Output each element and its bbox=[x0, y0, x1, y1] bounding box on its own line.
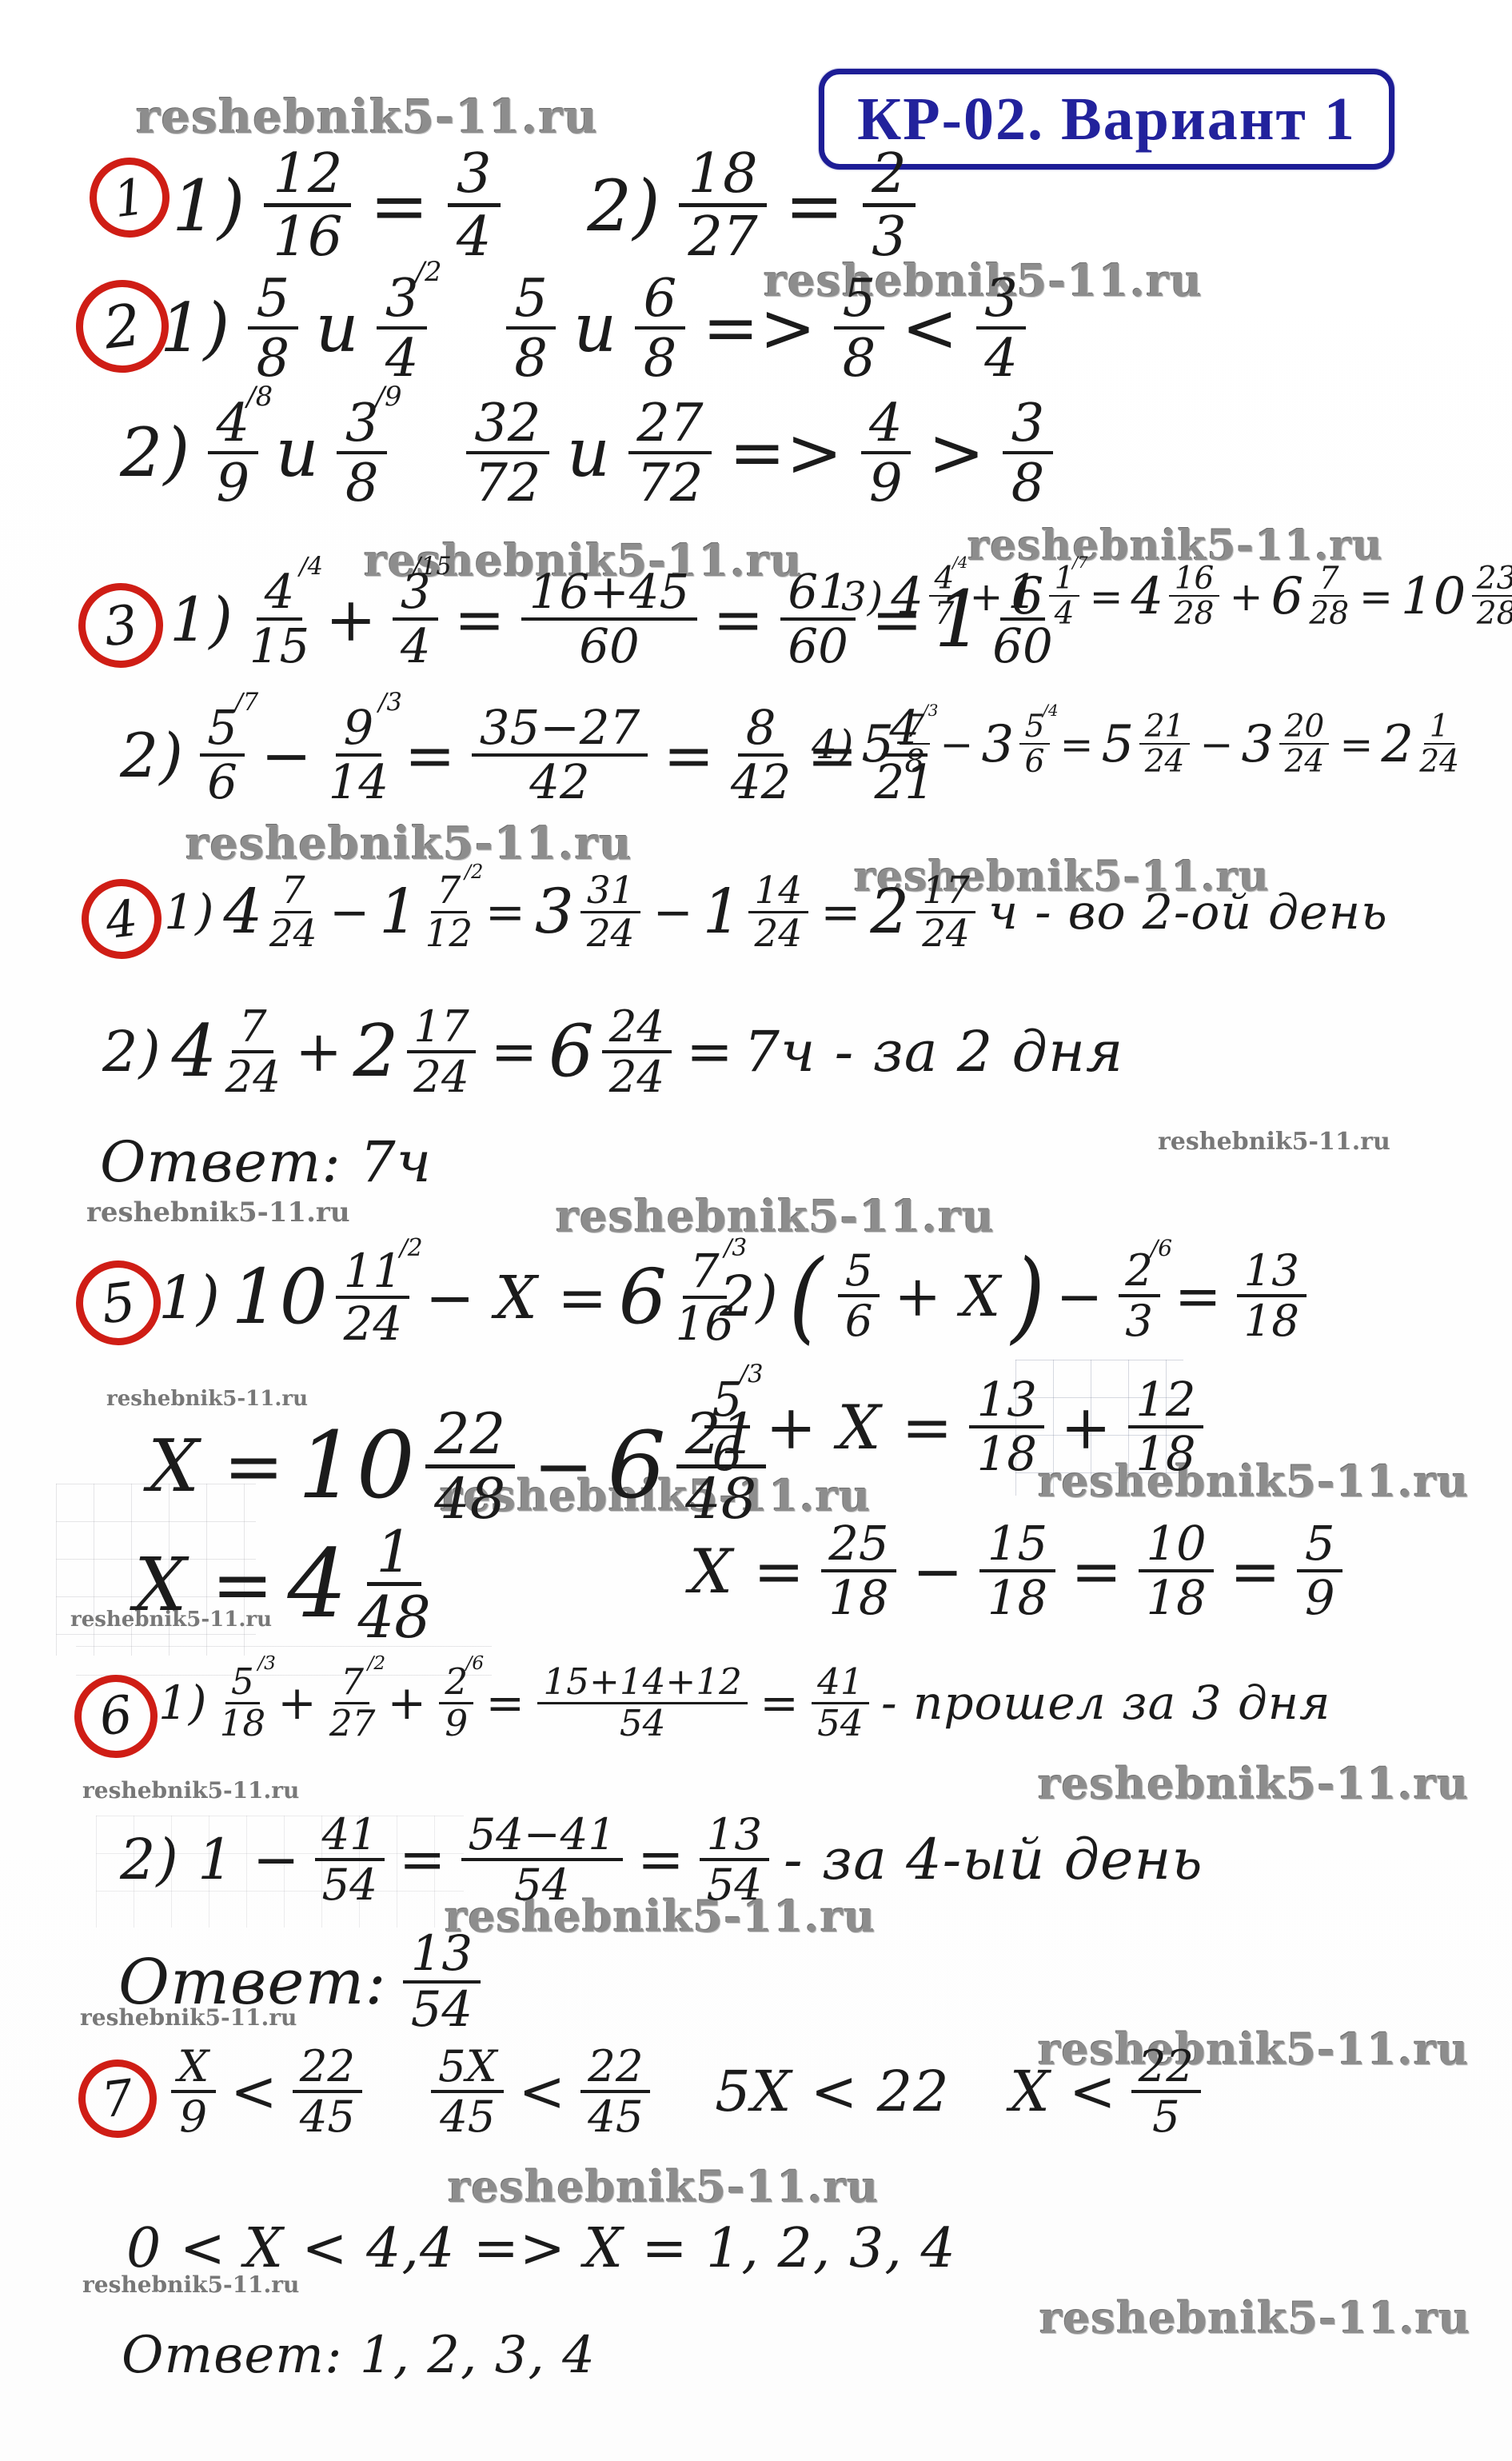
mixed-number-whole: 10 bbox=[1401, 571, 1466, 622]
fraction-denominator: 24 bbox=[413, 1053, 469, 1098]
mixed-number: 11424 bbox=[703, 873, 812, 952]
fraction-numerator: 54−41 bbox=[461, 1814, 623, 1861]
math-text: и bbox=[573, 289, 617, 367]
math-text: 1) bbox=[172, 165, 245, 247]
fraction: 49∕8 bbox=[208, 398, 258, 508]
fraction: 415∕4 bbox=[249, 569, 309, 669]
mixed-number: 1712∕2 bbox=[379, 873, 477, 952]
math-text: = bbox=[785, 165, 845, 247]
fraction-denominator: 4 bbox=[984, 330, 1018, 383]
math-text: => bbox=[703, 289, 817, 367]
fraction-denominator: 8 bbox=[514, 330, 548, 383]
fraction-numerator: 5 bbox=[225, 1665, 260, 1704]
fraction: 1518 bbox=[979, 1521, 1055, 1620]
math-text: 2) bbox=[120, 413, 190, 492]
mixed-number-whole: 6 bbox=[549, 1017, 594, 1089]
fraction-denominator: 18 bbox=[1243, 1297, 1299, 1342]
fraction: 2248 bbox=[425, 1408, 515, 1525]
watermark-text: reshebnik5-11.ru bbox=[136, 90, 598, 144]
mixed-number-whole: 10 bbox=[297, 1420, 415, 1512]
fraction: 23 bbox=[863, 148, 916, 263]
fraction: 712∕2 bbox=[425, 873, 473, 952]
math-line: 1)4724−1712∕2=33124−11424=21724ч - во 2-… bbox=[164, 873, 1388, 952]
math-text: и bbox=[316, 289, 360, 367]
fraction-numerator: 12 bbox=[264, 148, 351, 207]
math-text: 5X < 22 bbox=[715, 2059, 950, 2124]
fraction-denominator: 8 bbox=[345, 454, 379, 508]
fraction-numerator: 15+14+12 bbox=[537, 1665, 748, 1704]
math-text: и bbox=[276, 413, 320, 492]
mixed-number: 101124∕2 bbox=[231, 1249, 414, 1346]
fraction-denominator: 18 bbox=[1135, 1428, 1195, 1476]
math-text: 2) bbox=[720, 1264, 779, 1329]
fraction-numerator: 13 bbox=[969, 1377, 1044, 1428]
math-text: 2) 1 − bbox=[120, 1827, 301, 1892]
fraction-denominator: 54 bbox=[707, 1861, 762, 1906]
extra-multiplier-sup: ∕8 bbox=[246, 384, 273, 410]
fraction-denominator: 15 bbox=[249, 621, 309, 669]
fraction-numerator: 10 bbox=[1139, 1521, 1214, 1572]
fraction-numerator: 31 bbox=[580, 873, 640, 913]
mixed-number: 21724 bbox=[353, 1006, 481, 1098]
math-text: = bbox=[663, 720, 715, 791]
watermark-text: reshebnik5-11.ru bbox=[82, 1777, 299, 1804]
fraction: 1216 bbox=[264, 148, 351, 263]
fraction: 49 bbox=[861, 398, 912, 508]
math-text: = bbox=[1071, 1536, 1123, 1607]
math-text: 2) bbox=[102, 1019, 162, 1085]
math-text: ) bbox=[1011, 1237, 1046, 1354]
fraction: 1124∕2 bbox=[336, 1249, 409, 1346]
fraction-numerator: 20 bbox=[1279, 712, 1329, 745]
fraction-denominator: 24 bbox=[225, 1053, 281, 1098]
fraction-denominator: 4 bbox=[401, 621, 431, 669]
problem-number-badge: 2 bbox=[70, 274, 174, 378]
fraction: 1724 bbox=[916, 873, 976, 952]
math-line: 1)58и34∕258и68=>58<34 bbox=[160, 274, 1031, 383]
fraction-denominator: 27 bbox=[329, 1704, 376, 1741]
fraction-denominator: 24 bbox=[1285, 745, 1325, 777]
mixed-number-whole: 1 bbox=[703, 882, 742, 944]
fraction-numerator: 17 bbox=[407, 1006, 477, 1053]
math-line: 56∕3+ X =1318+1218 bbox=[700, 1377, 1208, 1476]
fraction: 56∕7 bbox=[200, 705, 245, 805]
math-text: − bbox=[1056, 1264, 1104, 1329]
fraction-denominator: 9 bbox=[445, 1704, 468, 1741]
fraction: 38∕9 bbox=[337, 398, 387, 508]
math-text: и bbox=[567, 413, 611, 492]
math-line: 1)101124∕2− X =6716∕3 bbox=[158, 1249, 739, 1346]
fraction-denominator: 54 bbox=[817, 1704, 864, 1741]
fraction-denominator: 18 bbox=[220, 1704, 266, 1741]
fraction: 2518 bbox=[821, 1521, 896, 1620]
math-text: 3) bbox=[841, 573, 884, 620]
fraction-denominator: 72 bbox=[474, 454, 541, 508]
mixed-number-whole: 3 bbox=[1241, 719, 1274, 770]
fraction-numerator: 3 bbox=[1003, 398, 1053, 454]
fraction-numerator: 25 bbox=[821, 1521, 896, 1572]
fraction-numerator: 4 bbox=[861, 398, 912, 454]
fraction: 727∕2 bbox=[329, 1665, 376, 1741]
mixed-number: 356∕4 bbox=[981, 712, 1052, 777]
fraction: 54−4154 bbox=[461, 1814, 623, 1906]
fraction-denominator: 60 bbox=[788, 621, 848, 669]
fraction-denominator: 8 bbox=[1011, 454, 1045, 508]
fraction-denominator: 9 bbox=[1305, 1572, 1335, 1620]
math-text: + bbox=[295, 1019, 343, 1085]
fraction: 1827 bbox=[679, 148, 766, 263]
math-text: - за 4-ый день bbox=[784, 1827, 1203, 1892]
fraction-numerator: 22 bbox=[580, 2046, 650, 2093]
extra-multiplier-sup: ∕2 bbox=[368, 1655, 386, 1672]
fraction: 56 bbox=[838, 1250, 880, 1342]
math-text: = bbox=[712, 584, 764, 655]
watermark-text: reshebnik5-11.ru bbox=[1039, 2292, 1470, 2343]
fraction-numerator: 7 bbox=[431, 873, 467, 913]
fraction: 914∕3 bbox=[329, 705, 389, 805]
test-title: КР-02. Вариант 1 bbox=[857, 85, 1356, 154]
fraction: 124 bbox=[1419, 712, 1459, 777]
spacer bbox=[665, 2091, 705, 2092]
math-text: X = bbox=[689, 1536, 805, 1607]
mixed-number-whole: 4 bbox=[171, 1017, 217, 1089]
worksheet-page: КР-02. Вариант 1 reshebnik5-11.rureshebn… bbox=[0, 0, 1512, 2461]
fraction-denominator: 3 bbox=[872, 207, 907, 263]
math-line: Ответ: 7ч bbox=[100, 1129, 432, 1195]
mixed-number: 614∕7 bbox=[1011, 564, 1082, 629]
fraction: 59 bbox=[1297, 1521, 1342, 1620]
math-text: 2) bbox=[120, 720, 184, 791]
math-text: 1) bbox=[160, 289, 230, 367]
math-line: Ответ:1354 bbox=[118, 1932, 485, 2033]
fraction-numerator: 3 bbox=[976, 274, 1027, 330]
mixed-number-whole: 10 bbox=[231, 1260, 328, 1336]
math-text: = bbox=[1230, 1536, 1282, 1607]
mixed-number-whole: 2 bbox=[870, 882, 909, 944]
fraction-denominator: 45 bbox=[300, 2093, 355, 2138]
fraction: 225 bbox=[1131, 2046, 1201, 2138]
mixed-number-whole: 6 bbox=[619, 1260, 667, 1336]
mixed-number-whole: 3 bbox=[981, 719, 1014, 770]
fraction-denominator: 48 bbox=[434, 1468, 505, 1526]
fraction-denominator: 54 bbox=[620, 1704, 666, 1741]
fraction-denominator: 24 bbox=[269, 913, 317, 952]
extra-multiplier-sup: ∕3 bbox=[923, 703, 938, 718]
fraction: 4154 bbox=[812, 1665, 869, 1741]
fraction: 518∕3 bbox=[220, 1665, 266, 1741]
math-text: = bbox=[1175, 1264, 1223, 1329]
math-text: + X = bbox=[766, 1392, 954, 1463]
extra-multiplier-sup: ∕6 bbox=[466, 1655, 485, 1672]
fraction-denominator: 8 bbox=[843, 330, 876, 383]
fraction-denominator: 8 bbox=[904, 745, 924, 777]
fraction: 47∕4 bbox=[929, 564, 959, 629]
math-text: = bbox=[399, 1827, 447, 1892]
fraction-denominator: 45 bbox=[588, 2093, 643, 2138]
math-text: = bbox=[1359, 573, 1394, 620]
fraction-numerator: 16 bbox=[1169, 564, 1219, 597]
mixed-number: 102248 bbox=[297, 1408, 520, 1525]
spacer bbox=[445, 328, 489, 329]
fraction: 1724 bbox=[407, 1006, 477, 1098]
mixed-number: 447∕4 bbox=[891, 564, 962, 629]
math-text: X < bbox=[1010, 2059, 1117, 2124]
math-text: 2) bbox=[587, 165, 660, 247]
mixed-number-whole: 5 bbox=[1102, 719, 1135, 770]
fraction-denominator: 9 bbox=[869, 454, 903, 508]
math-text: + X bbox=[894, 1264, 1001, 1329]
fraction-numerator: 5 bbox=[248, 274, 298, 330]
problem-number-badge: 5 bbox=[71, 1256, 166, 1350]
mixed-number: 41628 bbox=[1131, 564, 1223, 629]
fraction-denominator: 54 bbox=[321, 1861, 377, 1906]
fraction-denominator: 6 bbox=[1025, 745, 1045, 777]
fraction-numerator: 22 bbox=[425, 1408, 515, 1468]
fraction-denominator: 54 bbox=[514, 1861, 569, 1906]
watermark-text: reshebnik5-11.ru bbox=[186, 817, 632, 870]
fraction-numerator: 2 bbox=[863, 148, 916, 207]
math-text: = bbox=[454, 584, 506, 655]
fraction: 724 bbox=[225, 1006, 281, 1098]
extra-multiplier-sup: ∕9 bbox=[376, 384, 402, 410]
fraction-numerator: 16+45 bbox=[521, 569, 696, 621]
fraction-denominator: 24 bbox=[609, 1053, 664, 1098]
math-text: − bbox=[329, 885, 370, 941]
extra-multiplier-sup: ∕3 bbox=[378, 692, 402, 715]
mixed-number: 2124 bbox=[1381, 712, 1462, 777]
fraction-denominator: 24 bbox=[344, 1299, 402, 1346]
problem-number-badge: 3 bbox=[74, 578, 168, 673]
fraction: 5X45 bbox=[431, 2046, 504, 2138]
fraction: 15+14+1254 bbox=[537, 1665, 748, 1741]
mixed-number-whole: 2 bbox=[1381, 719, 1414, 770]
math-text: + bbox=[970, 573, 1004, 620]
math-text: ч - во 2-ой день bbox=[988, 885, 1388, 941]
mixed-number-whole: 4 bbox=[1131, 571, 1164, 622]
fraction-numerator: 14 bbox=[748, 873, 808, 913]
fraction: 3272 bbox=[466, 398, 549, 508]
watermark-text: reshebnik5-11.ru bbox=[86, 1197, 350, 1229]
fraction-denominator: 8 bbox=[257, 330, 290, 383]
math-line: 1)518∕3+727∕2+29∕6=15+14+1254=4154- прош… bbox=[158, 1665, 1330, 1741]
math-line: 2)4724+21724=62424=7ч - за 2 дня bbox=[102, 1006, 1123, 1098]
fraction-denominator: 18 bbox=[987, 1572, 1047, 1620]
fraction: 14∕7 bbox=[1049, 564, 1079, 629]
fraction-denominator: 18 bbox=[977, 1428, 1037, 1476]
extra-multiplier-sup: ∕15 bbox=[413, 556, 452, 579]
spacer bbox=[405, 453, 449, 453]
extra-multiplier-sup: ∕4 bbox=[1043, 703, 1058, 718]
watermark-text: reshebnik5-11.ru bbox=[448, 2161, 879, 2212]
fraction: 16+4560 bbox=[521, 569, 696, 669]
fraction-numerator: 41 bbox=[812, 1665, 869, 1704]
math-text: = bbox=[369, 165, 429, 247]
fraction-denominator: 9 bbox=[217, 454, 250, 508]
math-line: 2)49∕8и38∕93272и2772=>49>38 bbox=[120, 398, 1059, 508]
fraction-numerator: 13 bbox=[700, 1814, 769, 1861]
math-text: 1) bbox=[164, 885, 215, 941]
fraction: 2328 bbox=[1472, 564, 1512, 629]
mixed-number-whole: 5 bbox=[861, 719, 894, 770]
mixed-number-whole: 2 bbox=[353, 1017, 398, 1089]
fraction: 2024 bbox=[1279, 712, 1329, 777]
math-text: => bbox=[729, 413, 844, 492]
mixed-number-whole: 6 bbox=[1271, 571, 1303, 622]
fraction-numerator: 11 bbox=[336, 1249, 409, 1299]
math-text: = bbox=[1060, 721, 1095, 768]
fraction-denominator: 24 bbox=[755, 913, 803, 952]
math-text: Ответ: 7ч bbox=[100, 1129, 432, 1195]
mixed-number-whole: 4 bbox=[891, 571, 924, 622]
fraction: 2424 bbox=[602, 1006, 672, 1098]
math-text: X = bbox=[134, 1542, 274, 1628]
extra-multiplier-sup: ∕6 bbox=[1151, 1238, 1172, 1260]
fraction-denominator: 3 bbox=[1125, 1297, 1153, 1342]
math-text: = bbox=[405, 720, 457, 791]
fraction-denominator: 6 bbox=[207, 757, 237, 805]
mixed-number-whole: 4 bbox=[287, 1537, 347, 1632]
fraction-denominator: 7 bbox=[934, 597, 954, 629]
fraction-numerator: 21 bbox=[1139, 712, 1189, 745]
mixed-number: 52124 bbox=[1102, 712, 1193, 777]
math-text: Ответ: bbox=[118, 1947, 387, 2019]
problem-number-badge: 4 bbox=[77, 874, 166, 963]
fraction-denominator: 24 bbox=[587, 913, 635, 952]
fraction: 2772 bbox=[628, 398, 712, 508]
fraction-numerator: 12 bbox=[1128, 1377, 1203, 1428]
math-text: = bbox=[637, 1827, 685, 1892]
fraction-numerator: 7 bbox=[335, 1665, 369, 1704]
fraction-denominator: 9 bbox=[179, 2093, 207, 2138]
math-text: − bbox=[652, 885, 693, 941]
fraction-numerator: 1 bbox=[367, 1524, 422, 1586]
extra-multiplier-sup: ∕2 bbox=[416, 259, 442, 285]
mixed-number-whole: 3 bbox=[535, 882, 574, 944]
problem-number-badge: 1 bbox=[85, 153, 174, 242]
math-text: + bbox=[388, 1676, 428, 1730]
math-text: = bbox=[491, 1019, 539, 1085]
fraction-denominator: 14 bbox=[329, 757, 389, 805]
fraction-numerator: 17 bbox=[916, 873, 976, 913]
fraction: 34 bbox=[976, 274, 1027, 383]
fraction-numerator: 5X bbox=[431, 2046, 504, 2093]
fraction-denominator: 18 bbox=[1146, 1572, 1206, 1620]
fraction-numerator: X bbox=[171, 2046, 216, 2093]
math-text: < bbox=[230, 2059, 278, 2124]
math-line: X =2518−1518=1018=59 bbox=[689, 1521, 1347, 1620]
math-text: 1) bbox=[158, 1676, 208, 1730]
fraction-denominator: 60 bbox=[579, 621, 639, 669]
extra-multiplier-sup: ∕2 bbox=[465, 863, 483, 881]
fraction: 78∕3 bbox=[900, 712, 929, 777]
fraction-denominator: 24 bbox=[1145, 745, 1185, 777]
fraction-denominator: 6 bbox=[845, 1297, 873, 1342]
fraction-numerator: 35−27 bbox=[472, 705, 647, 757]
fraction: 2245 bbox=[293, 2046, 362, 2138]
fraction-numerator: 7 bbox=[232, 1006, 273, 1053]
math-text: + bbox=[325, 584, 377, 655]
fraction: 2245 bbox=[580, 2046, 650, 2138]
spacer bbox=[518, 206, 574, 206]
extra-multiplier-sup: ∕3 bbox=[740, 1364, 764, 1387]
fraction: 23∕6 bbox=[1119, 1250, 1160, 1342]
fraction-denominator: 54 bbox=[411, 1984, 473, 2033]
math-text: + bbox=[1060, 1392, 1112, 1463]
fraction-numerator: 7 bbox=[275, 873, 311, 913]
fraction-numerator: 13 bbox=[1237, 1250, 1307, 1297]
fraction-denominator: 4 bbox=[1055, 597, 1075, 629]
fraction: 728 bbox=[1309, 564, 1349, 629]
mixed-number-whole: 6 bbox=[608, 1420, 666, 1512]
fraction-numerator: 9 bbox=[336, 705, 381, 757]
watermark-text: reshebnik5-11.ru bbox=[1158, 1128, 1390, 1156]
fraction-denominator: 8 bbox=[644, 330, 677, 383]
fraction: 1354 bbox=[700, 1814, 769, 1906]
fraction-numerator: 6 bbox=[635, 274, 685, 330]
fraction-numerator: 15 bbox=[979, 1521, 1055, 1572]
math-text: + bbox=[1230, 573, 1264, 620]
fraction: 4154 bbox=[315, 1814, 385, 1906]
fraction-numerator: 1 bbox=[1424, 712, 1454, 745]
problem-number-badge: 6 bbox=[70, 1670, 162, 1763]
mixed-number-whole: 4 bbox=[223, 882, 262, 944]
fraction-numerator: 41 bbox=[315, 1814, 385, 1861]
math-text: - прошел за 3 дня bbox=[881, 1676, 1330, 1730]
fraction-denominator: 5 bbox=[1152, 2093, 1180, 2138]
fraction: 1018 bbox=[1139, 1521, 1214, 1620]
extra-multiplier-sup: ∕2 bbox=[400, 1236, 423, 1259]
fraction-numerator: 3 bbox=[448, 148, 501, 207]
fraction-denominator: 28 bbox=[1175, 597, 1215, 629]
math-text: 0 < X < 4,4 => X = 1, 2, 3, 4 bbox=[126, 2217, 956, 2280]
math-text: + bbox=[277, 1676, 317, 1730]
extra-multiplier-sup: ∕4 bbox=[952, 555, 967, 570]
mixed-number: 62424 bbox=[549, 1006, 676, 1098]
fraction-numerator: 5 bbox=[506, 274, 557, 330]
fraction-numerator: 5 bbox=[1297, 1521, 1342, 1572]
math-text: − bbox=[1200, 721, 1235, 768]
mixed-number: 32024 bbox=[1241, 712, 1332, 777]
fraction: 58 bbox=[506, 274, 557, 383]
watermark-text: reshebnik5-11.ru bbox=[556, 1190, 995, 1242]
fraction: 34∕2 bbox=[377, 274, 427, 383]
fraction-denominator: 24 bbox=[922, 913, 970, 952]
fraction: 68 bbox=[635, 274, 685, 383]
math-line: X =102248−62148 bbox=[148, 1408, 772, 1525]
fraction: 724 bbox=[269, 873, 317, 952]
fraction-numerator: 23 bbox=[1472, 564, 1512, 597]
fraction-numerator: 32 bbox=[466, 398, 549, 454]
math-text: = bbox=[686, 1019, 734, 1085]
math-line: 4)578∕3−356∕4=52124−32024=2124 bbox=[812, 712, 1462, 777]
mixed-number-whole: 1 bbox=[379, 882, 418, 944]
fraction-numerator: 27 bbox=[628, 398, 712, 454]
fraction-denominator: 72 bbox=[636, 454, 703, 508]
fraction-numerator: 5 bbox=[834, 274, 884, 330]
math-text: = bbox=[485, 885, 526, 941]
fraction: 1628 bbox=[1169, 564, 1219, 629]
math-text: − X = bbox=[425, 1264, 608, 1332]
math-text: ( bbox=[788, 1237, 823, 1354]
fraction-denominator: 45 bbox=[440, 2093, 495, 2138]
fraction: 56∕3 bbox=[704, 1377, 750, 1476]
math-line: Ответ: 1, 2, 3, 4 bbox=[122, 2326, 596, 2385]
math-text: 1) bbox=[170, 584, 233, 655]
mixed-number: 4724 bbox=[223, 873, 321, 952]
math-text: = bbox=[486, 1676, 526, 1730]
extra-multiplier-sup: ∕4 bbox=[299, 556, 323, 579]
fraction-numerator: 8 bbox=[738, 705, 784, 757]
